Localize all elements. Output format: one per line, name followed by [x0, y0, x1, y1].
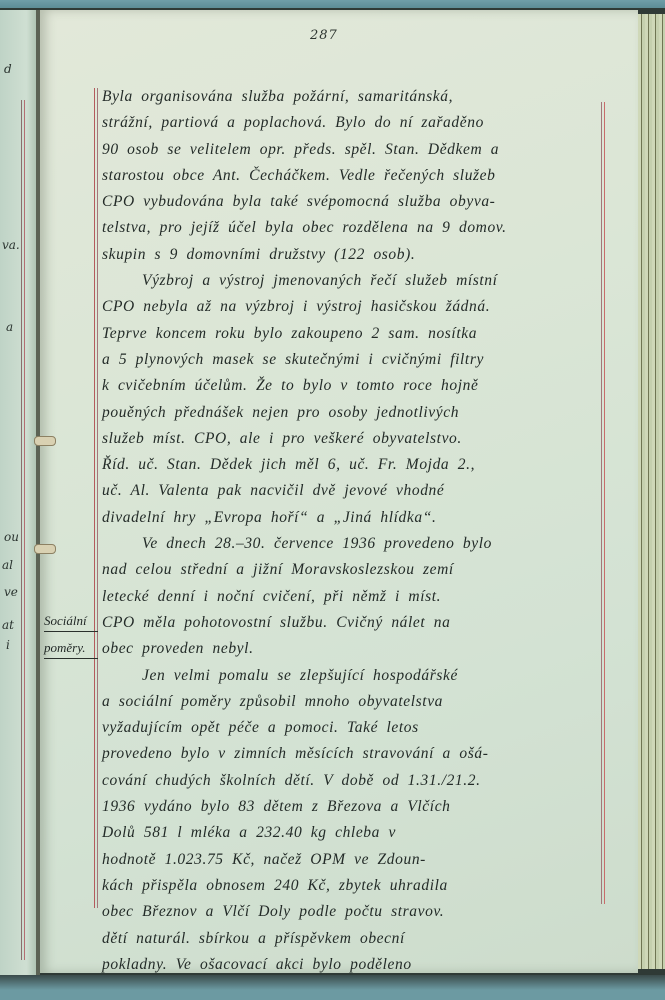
text-line: nad celou střední a jižní Moravskoslezsk… [102, 557, 598, 583]
text-line: starostou obce Ant. Čecháčkem. Vedle řeč… [102, 163, 598, 189]
handwritten-text-block: Byla organisována služba požární, samari… [102, 84, 598, 1000]
right-margin-rule [601, 102, 602, 904]
text-line: služeb míst. CPO, ale i pro veškeré obyv… [102, 426, 598, 452]
text-line: dětí naturál. sbírkou a příspěvkem obecn… [102, 926, 598, 952]
margin-heading: poměry. [44, 639, 98, 659]
text-line: strážní, partiová a poplachová. Bylo do … [102, 110, 598, 136]
facing-page-fragment: at [2, 618, 14, 632]
text-line: provedeno bylo v zimních měsících stravo… [102, 741, 598, 767]
text-line: Jen velmi pomalu se zlepšující hospodářs… [102, 663, 598, 689]
backdrop [0, 975, 665, 1000]
text-line: a 5 plynových masek se skutečnými i cvič… [102, 347, 598, 373]
text-line: divadelní hry „Evropa hoří“ a „Jiná hlíd… [102, 505, 598, 531]
facing-page-fragment: d [4, 62, 12, 76]
facing-page-margin-rule [24, 100, 25, 960]
text-line: obec proveden nebyl. [102, 636, 598, 662]
text-line: obec Březnov a Vlčí Doly podle počtu str… [102, 899, 598, 925]
text-line: Byla organisována služba požární, samari… [102, 84, 598, 110]
left-margin-rule [94, 88, 95, 908]
text-line: 1936 vydáno bylo 83 dětem z Březova a Vl… [102, 794, 598, 820]
text-line: cování chudých školních dětí. V době od … [102, 768, 598, 794]
text-line: a sociální poměry způsobil mnoho obyvate… [102, 689, 598, 715]
facing-page-fragment: ve [4, 585, 18, 599]
text-line: Teprve koncem roku bylo zakoupeno 2 sam.… [102, 321, 598, 347]
facing-page-fragment: va. [2, 238, 20, 252]
text-line: uč. Al. Valenta pak nacvičil dvě jevové … [102, 478, 598, 504]
binding-stitch [34, 544, 56, 554]
text-line: k cvičebním účelům. Že to bylo v tomto r… [102, 373, 598, 399]
chronicle-page: 287 Sociální poměry. Byla organisována s… [40, 10, 638, 973]
text-line: letecké denní i noční cvičení, při němž … [102, 584, 598, 610]
page-stack-edge [638, 14, 665, 969]
facing-page-fragment: ou [4, 530, 19, 544]
text-line: Ve dnech 28.–30. července 1936 provedeno… [102, 531, 598, 557]
text-line: Výzbroj a výstroj jmenovaných řečí služe… [102, 268, 598, 294]
text-line: skupin s 9 domovními družstvy (122 osob)… [102, 242, 598, 268]
facing-page-fragment: i [6, 638, 10, 652]
facing-page-fragment: al [2, 558, 13, 572]
left-margin-rule [97, 88, 98, 908]
facing-page-margin-rule [21, 100, 22, 960]
facing-page-fragment: a [6, 320, 13, 334]
facing-page-edge: d va. a ou al ve at i [0, 10, 38, 975]
text-line: Říd. uč. Stan. Dědek jich měl 6, uč. Fr.… [102, 452, 598, 478]
text-line: CPO měla pohotovostní službu. Cvičný nál… [102, 610, 598, 636]
text-line: CPO vybudována byla také svépomocná služ… [102, 189, 598, 215]
text-line: telstva, pro jejíž účel byla obec rozděl… [102, 215, 598, 241]
right-margin-rule [604, 102, 605, 904]
binding-stitch [34, 436, 56, 446]
text-line: CPO nebyla až na výzbroj i výstroj hasič… [102, 294, 598, 320]
page-number: 287 [310, 28, 338, 43]
text-line: 90 osob se velitelem opr. předs. spěl. S… [102, 137, 598, 163]
text-line: pouěných přednášek nejen pro osoby jedno… [102, 400, 598, 426]
text-line: hodnotě 1.023.75 Kč, načež OPM ve Zdoun- [102, 847, 598, 873]
text-line: kách přispěla obnosem 240 Kč, zbytek uhr… [102, 873, 598, 899]
text-line: vyžadujícím opět péče a pomoci. Také let… [102, 715, 598, 741]
margin-heading: Sociální [44, 612, 98, 632]
text-line: Dolů 581 l mléka a 232.40 kg chleba v [102, 820, 598, 846]
